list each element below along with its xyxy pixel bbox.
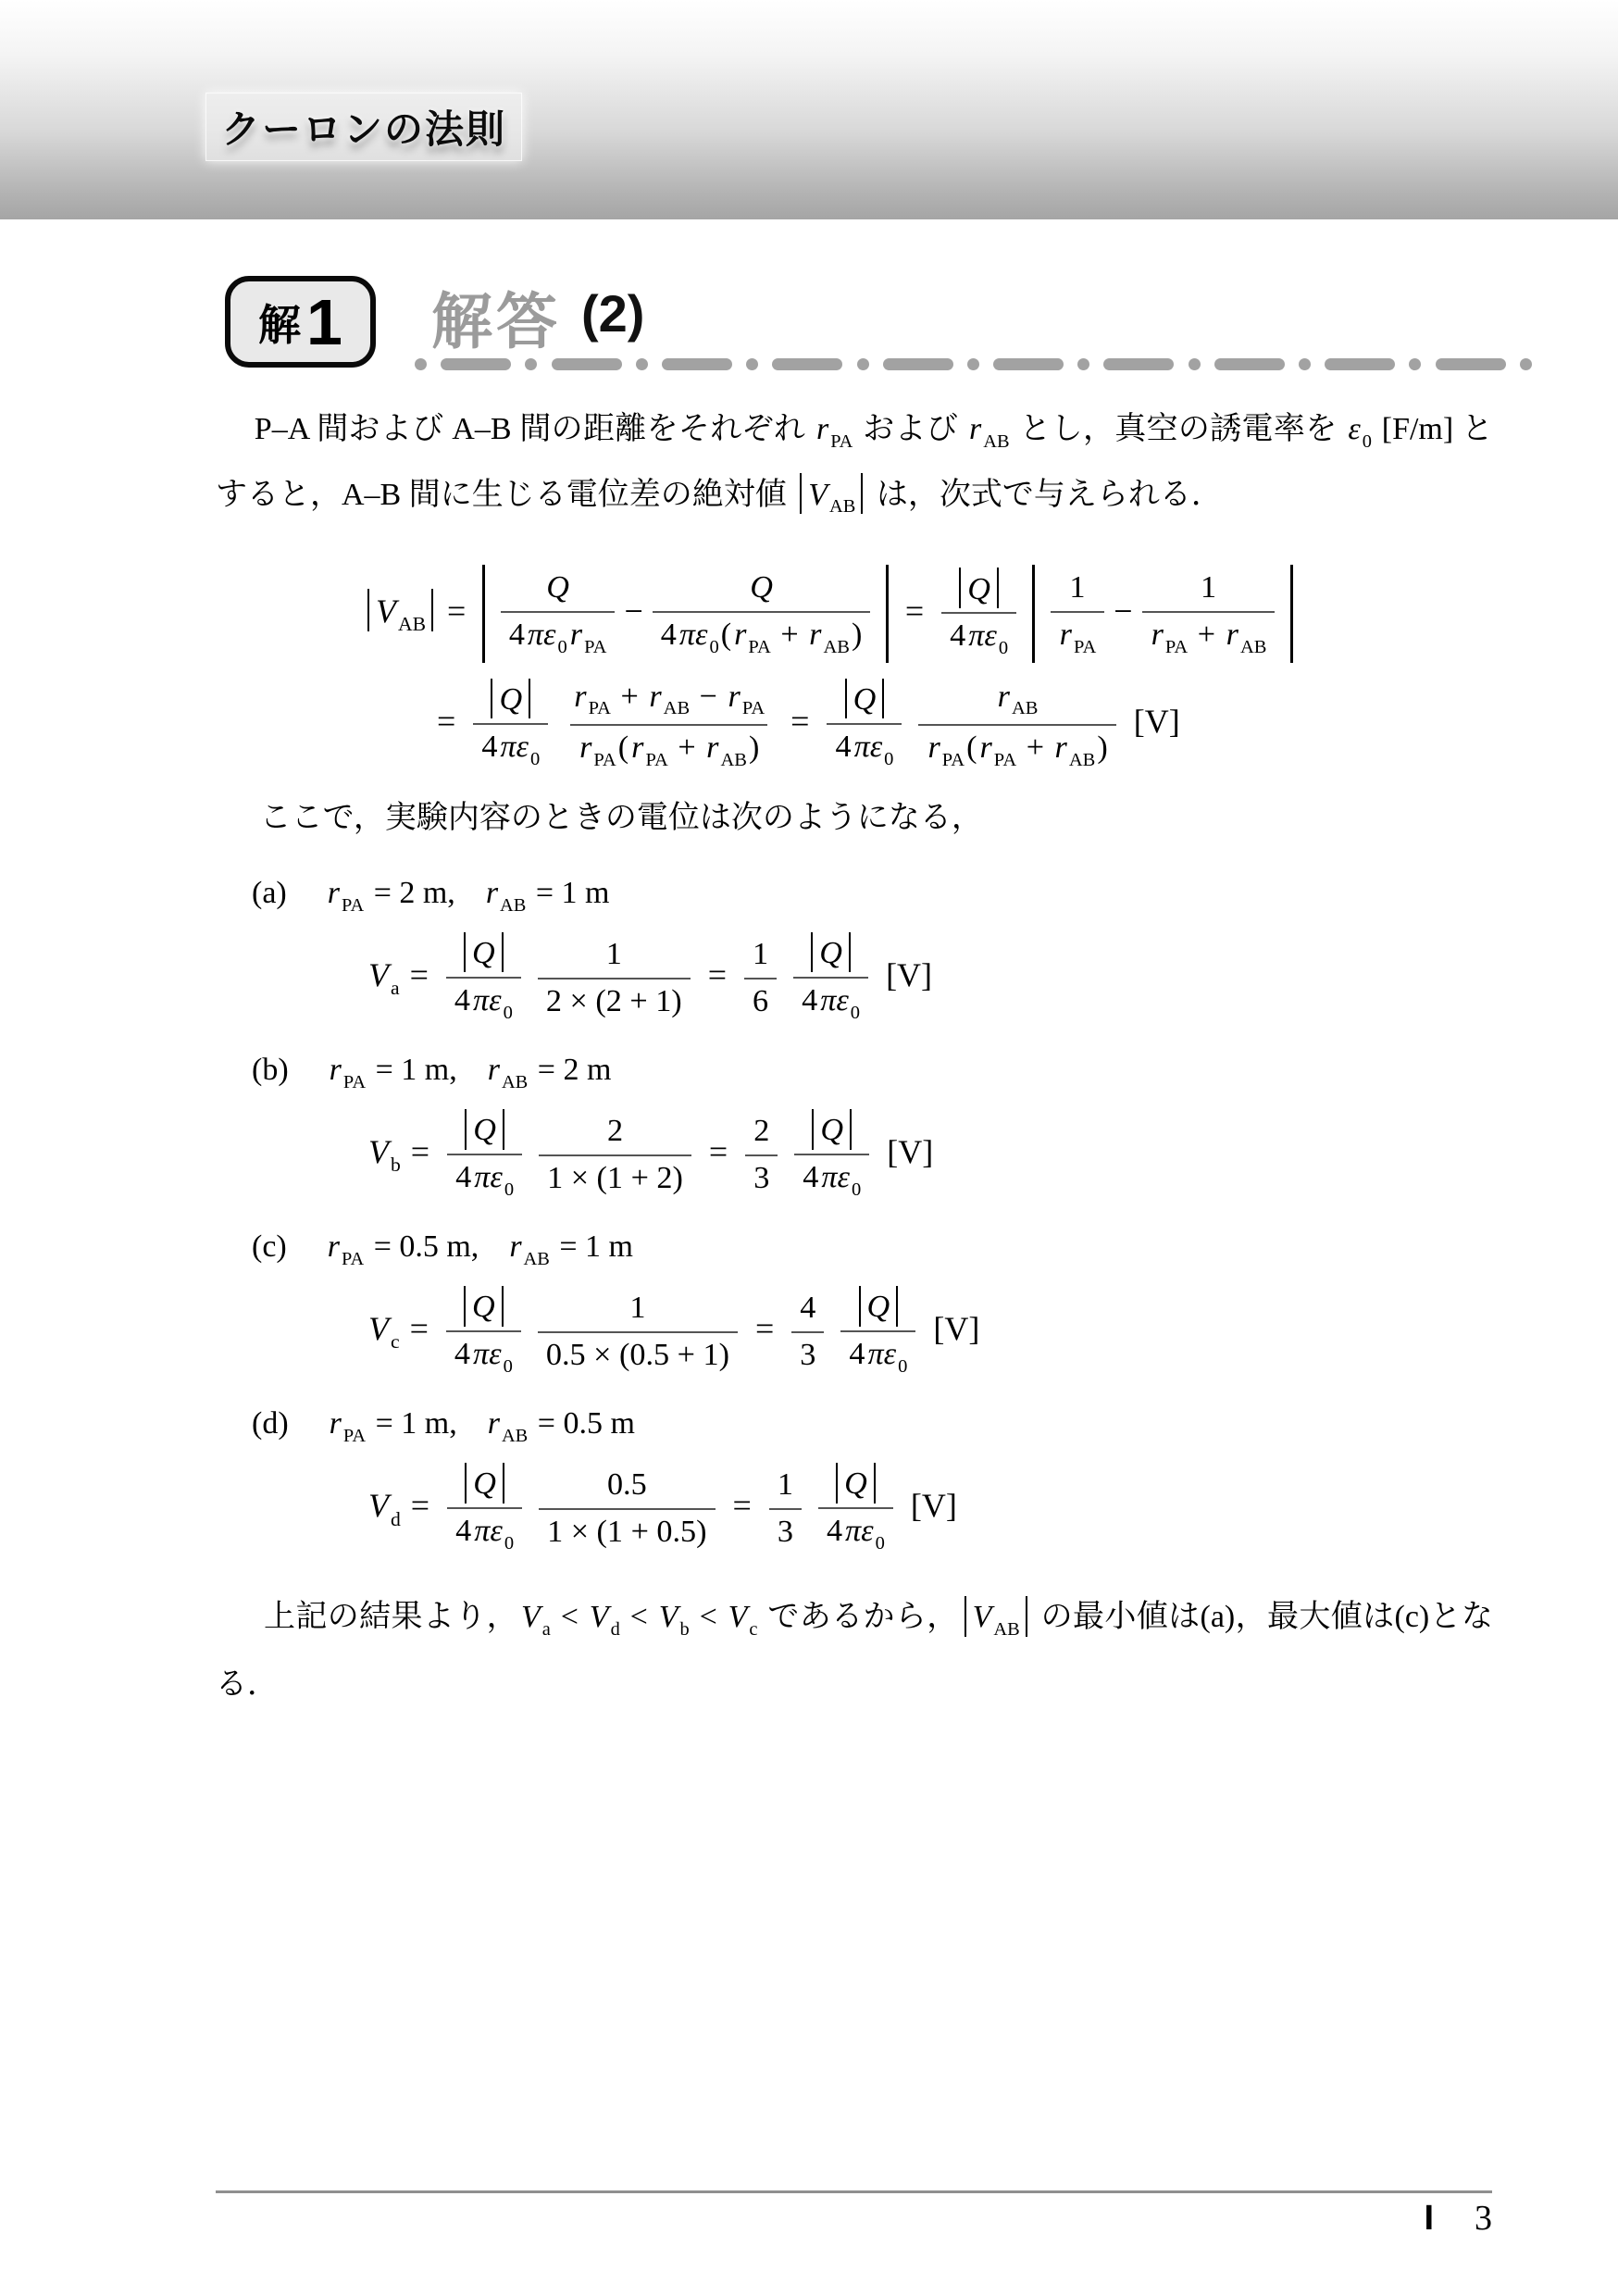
page-footer: I 3 (216, 2190, 1492, 2236)
case-d-label: (d) (252, 1406, 289, 1441)
formula-vb: Vb = Q4πε021 × (1 + 2) = 23Q4πε0 [V] (367, 1106, 1493, 1205)
formula-vc: Vc = Q4πε010.5 × (0.5 + 1) = 43Q4πε0 [V] (367, 1283, 1493, 1382)
case-c-label: (c) (252, 1229, 287, 1265)
equation-main-line1: VAB = Q4πε0rPA−Q4πε0(rPA + rAB) = Q4πε01… (363, 565, 1493, 664)
solution-header: 解 1 解答 (2) (216, 276, 1493, 369)
decorative-divider (415, 358, 1532, 370)
solution-badge-number: 1 (306, 285, 342, 359)
case-c-condition: rPA = 0.5 m,rAB = 1 m (326, 1229, 634, 1264)
header-title-box: クーロンの法則 (205, 93, 522, 161)
solution-badge: 解 1 (225, 276, 376, 368)
content-column: 解 1 解答 (2) P–A 間および A–B 間の距離をそれぞれ rPA およ… (216, 219, 1493, 1744)
footer-page-number: 3 (1475, 2201, 1492, 2236)
solution-number: (2) (581, 283, 644, 343)
case-d-condition: rPA = 1 m,rAB = 0.5 m (328, 1406, 636, 1441)
page-header: クーロンの法則 (0, 0, 1618, 219)
solution-badge-kanji: 解 (258, 292, 301, 353)
formula-va: Va = Q4πε012 × (2 + 1) = 16Q4πε0 [V] (367, 930, 1493, 1029)
header-title: クーロンの法則 (221, 107, 506, 151)
intro-paragraph: P–A 間および A–B 間の距離をそれぞれ rPA および rAB とし，真空… (216, 403, 1493, 533)
solution-title: 解答 (431, 272, 561, 360)
page: クーロンの法則 解 1 解答 (2) P–A 間および A–B 間の距離をそれぞ… (0, 0, 1618, 2296)
case-b-line: (b)rPA = 1 m,rAB = 2 m (252, 1053, 1493, 1093)
case-c-line: (c)rPA = 0.5 m,rAB = 1 m (252, 1229, 1493, 1270)
here-line: ここで，実験内容のときの電位は次のようになる， (216, 792, 1493, 844)
footer-chapter-numeral: I (1424, 2201, 1434, 2236)
case-a-condition: rPA = 2 m,rAB = 1 m (326, 876, 611, 910)
equation-main-line2: = Q4πε0rPA + rAB − rPArPA(rPA + rAB) = Q… (436, 675, 1493, 776)
case-d-line: (d)rPA = 1 m,rAB = 0.5 m (252, 1406, 1493, 1447)
case-b-label: (b) (252, 1053, 289, 1088)
formula-vd: Vd = Q4πε00.51 × (1 + 0.5) = 13Q4πε0 [V] (367, 1460, 1493, 1559)
case-a-label: (a) (252, 876, 287, 911)
conclusion-paragraph: 上記の結果より，Va < Vd < Vb < Vc であるから，VAB の最小値… (216, 1590, 1493, 1713)
case-b-condition: rPA = 1 m,rAB = 2 m (328, 1053, 613, 1087)
case-a-line: (a)rPA = 2 m,rAB = 1 m (252, 876, 1493, 917)
